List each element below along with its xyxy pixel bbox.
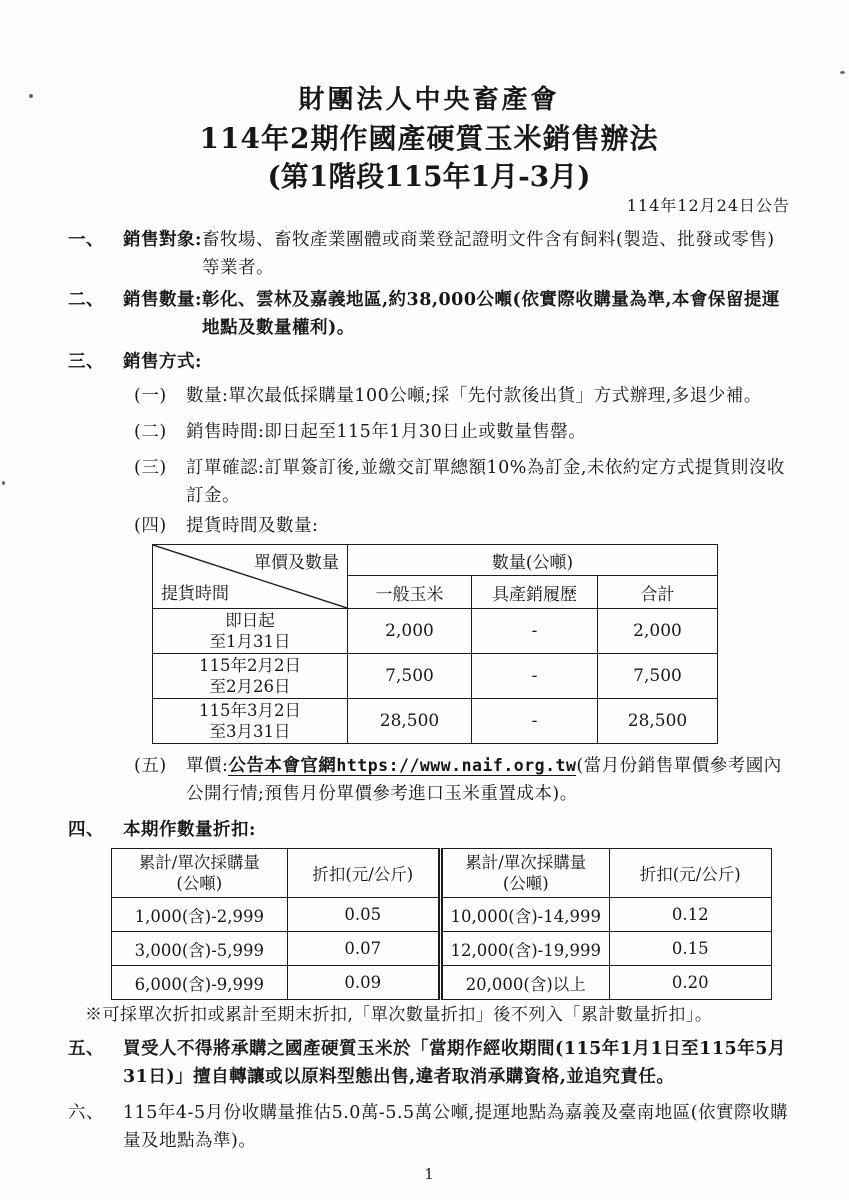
table-cell: 28,500: [348, 699, 472, 744]
period-cell: 115年3月2日 至3月31日: [153, 699, 348, 744]
price-label: 單價:: [186, 756, 228, 776]
org-title: 財團法人中央畜產會: [68, 84, 790, 116]
section-label: 銷售方式:: [123, 348, 202, 376]
column-header: 折扣(元/公斤): [287, 849, 440, 898]
table-cell: 1,000(含)-2,999: [112, 898, 288, 932]
subsection-3-5: (五) 單價:公告本會官網https://www.naif.org.tw(當月份…: [134, 752, 790, 808]
table-row: 6,000(含)-9,999 0.09 20,000(含)以上 0.20: [112, 966, 772, 1000]
section-label: 銷售數量:: [123, 286, 202, 342]
period-cell: 即日起 至1月31日: [153, 609, 348, 654]
subsection-marker: (四): [134, 512, 186, 540]
scan-speck: [29, 94, 33, 98]
table-cell: 7,500: [348, 654, 472, 699]
document-subtitle: (第1階段115年1月-3月): [68, 160, 790, 194]
subsection-marker: (五): [134, 752, 186, 808]
table-row: 1,000(含)-2,999 0.05 10,000(含)-14,999 0.1…: [112, 898, 772, 932]
section-label: 本期作數量折扣:: [123, 816, 256, 844]
table-cell: 28,500: [598, 699, 718, 744]
section-text: 115年4-5月份收購量推估5.0萬-5.5萬公噸,提運地點為嘉義及臺南地區(依…: [123, 1099, 790, 1155]
document-page: 財團法人中央畜產會 114年2期作國產硬質玉米銷售辦法 (第1階段115年1月-…: [0, 0, 849, 1200]
section-number: 三、: [68, 348, 123, 376]
table-row: 115年3月2日 至3月31日 28,500 - 28,500: [153, 699, 718, 744]
discount-table: 累計/單次採購量 (公噸) 折扣(元/公斤) 累計/單次採購量 (公噸) 折扣(…: [111, 848, 772, 1000]
subsection-text: 提貨時間及數量:: [186, 512, 790, 540]
scan-speck: [840, 71, 845, 74]
section-number: 五、: [68, 1035, 123, 1091]
table-cell: 3,000(含)-5,999: [112, 932, 288, 966]
table-cell: 2,000: [348, 609, 472, 654]
subsection-3-4: (四) 提貨時間及數量:: [134, 512, 790, 540]
pickup-table: 單價及數量 提貨時間 數量(公噸) 一般玉米 具產銷履歷 合計 即日起 至1月3…: [152, 544, 718, 744]
corner-label-bottom: 提貨時間: [161, 579, 229, 604]
column-header: 折扣(元/公斤): [609, 849, 771, 898]
page-number: 1: [68, 1165, 790, 1183]
subsection-3-1: (一) 數量:單次最低採購量100公噸;採「先付款後出貨」方式辦理,多退少補。: [134, 382, 790, 410]
document-title: 114年2期作國產硬質玉米銷售辦法: [68, 122, 790, 156]
table-cell: 0.12: [609, 898, 771, 932]
table-cell: 10,000(含)-14,999: [440, 898, 609, 932]
section-text: 買受人不得將承購之國產硬質玉米於「當期作經收期間(115年1月1日至115年5月…: [123, 1035, 790, 1091]
table-cell: -: [472, 609, 598, 654]
corner-label-top: 單價及數量: [254, 548, 339, 573]
subsection-text: 單價:公告本會官網https://www.naif.org.tw(當月份銷售單價…: [186, 752, 790, 808]
section-1: 一、 銷售對象: 畜牧場、畜牧產業團體或商業登記證明文件含有飼料(製造、批發或零…: [68, 226, 790, 282]
table-cell: 0.20: [609, 966, 771, 1000]
subsection-3-2: (二) 銷售時間:即日起至115年1月30日止或數量售罄。: [134, 418, 790, 446]
column-header: 累計/單次採購量 (公噸): [440, 849, 609, 898]
subsection-3-3: (三) 訂單確認:訂單簽訂後,並繳交訂單總額10%為訂金,未依約定方式提貨則沒收…: [134, 454, 790, 510]
period-cell: 115年2月2日 至2月26日: [153, 654, 348, 699]
subsection-marker: (三): [134, 454, 186, 510]
table-cell: 7,500: [598, 654, 718, 699]
table-cell: 0.05: [287, 898, 440, 932]
table-cell: 0.09: [287, 966, 440, 1000]
quantity-header: 數量(公噸): [348, 545, 718, 576]
subsection-text: 數量:單次最低採購量100公噸;採「先付款後出貨」方式辦理,多退少補。: [186, 382, 790, 410]
section-text: 畜牧場、畜牧產業團體或商業登記證明文件含有飼料(製造、批發或零售)等業者。: [202, 226, 790, 282]
section-3: 三、 銷售方式:: [68, 348, 790, 376]
section-6: 六、 115年4-5月份收購量推估5.0萬-5.5萬公噸,提運地點為嘉義及臺南地…: [68, 1099, 790, 1155]
table-cell: 0.15: [609, 932, 771, 966]
table-cell: -: [472, 654, 598, 699]
section-number: 六、: [68, 1099, 123, 1155]
section-number: 四、: [68, 816, 123, 844]
column-header: 具產銷履歷: [472, 576, 598, 609]
announcement-date: 114年12月24日公告: [68, 196, 790, 216]
section-label: 銷售對象:: [123, 226, 202, 282]
table-cell: 6,000(含)-9,999: [112, 966, 288, 1000]
column-header: 累計/單次採購量 (公噸): [112, 849, 288, 898]
section-number: 二、: [68, 286, 123, 342]
section-number: 一、: [68, 226, 123, 282]
discount-footnote: ※可採單次折扣或累計至期末折扣,「單次數量折扣」後不列入「累計數量折扣」。: [85, 1003, 790, 1027]
section-text: 彰化、雲林及嘉義地區,約38,000公噸(依實際收購量為準,本會保留提運地點及數…: [202, 286, 790, 342]
subsection-text: 銷售時間:即日起至115年1月30日止或數量售罄。: [186, 418, 790, 446]
table-cell: 12,000(含)-19,999: [440, 932, 609, 966]
section-5: 五、 買受人不得將承購之國產硬質玉米於「當期作經收期間(115年1月1日至115…: [68, 1035, 790, 1091]
section-2: 二、 銷售數量: 彰化、雲林及嘉義地區,約38,000公噸(依實際收購量為準,本…: [68, 286, 790, 342]
table-cell: -: [472, 699, 598, 744]
table-cell: 0.07: [287, 932, 440, 966]
table-row: 即日起 至1月31日 2,000 - 2,000: [153, 609, 718, 654]
scan-speck: [2, 481, 5, 485]
table-cell: 20,000(含)以上: [440, 966, 609, 1000]
table-row: 115年2月2日 至2月26日 7,500 - 7,500: [153, 654, 718, 699]
diagonal-header-cell: 單價及數量 提貨時間: [153, 545, 348, 609]
subsection-marker: (一): [134, 382, 186, 410]
subsection-marker: (二): [134, 418, 186, 446]
subsection-text: 訂單確認:訂單簽訂後,並繳交訂單總額10%為訂金,未依約定方式提貨則沒收訂金。: [186, 454, 790, 510]
column-header: 合計: [598, 576, 718, 609]
table-cell: 2,000: [598, 609, 718, 654]
section-4: 四、 本期作數量折扣:: [68, 816, 790, 844]
table-row: 3,000(含)-5,999 0.07 12,000(含)-19,999 0.1…: [112, 932, 772, 966]
column-header: 一般玉米: [348, 576, 472, 609]
naif-website-link[interactable]: 公告本會官網https://www.naif.org.tw: [228, 756, 576, 776]
